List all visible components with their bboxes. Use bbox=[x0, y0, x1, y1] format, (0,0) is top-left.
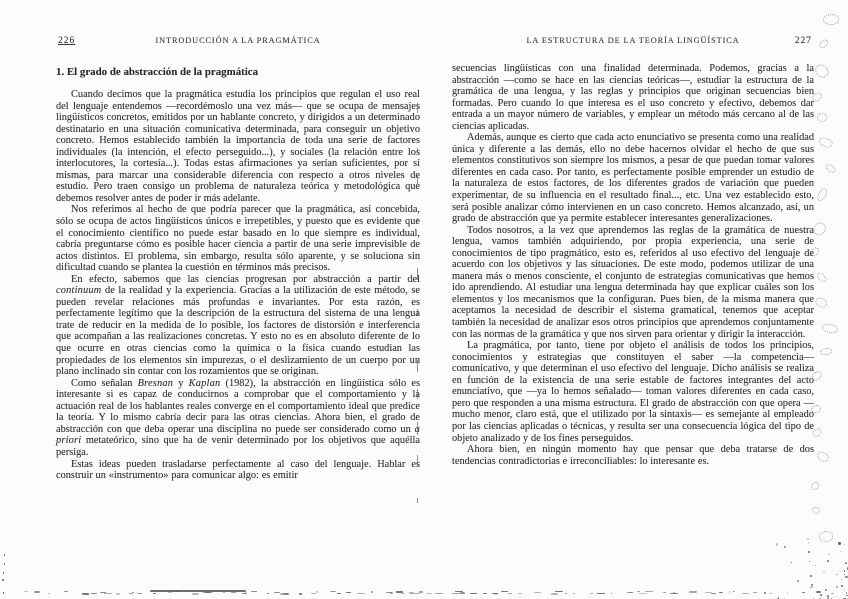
scan-artifact bbox=[267, 593, 269, 595]
scan-artifact bbox=[4, 563, 6, 565]
scan-artifact bbox=[844, 544, 845, 545]
scan-artifact bbox=[818, 136, 834, 150]
scan-artifact bbox=[719, 592, 723, 593]
scan-artifact bbox=[809, 370, 823, 382]
scan-artifact bbox=[784, 546, 786, 548]
scan-artifact bbox=[299, 593, 301, 595]
scan-artifact bbox=[417, 389, 418, 399]
scan-artifact bbox=[846, 592, 847, 593]
scan-artifact bbox=[836, 596, 837, 597]
scan-artifact bbox=[844, 590, 845, 591]
scan-artifact bbox=[24, 591, 28, 592]
scan-artifact bbox=[816, 112, 828, 124]
scan-artifact bbox=[637, 591, 640, 592]
paragraph: En efecto, sabemos que las ciencias prog… bbox=[56, 274, 420, 378]
scan-artifact bbox=[844, 574, 845, 575]
scan-artifact bbox=[825, 589, 827, 591]
scan-artifact bbox=[192, 593, 200, 595]
scan-artifact bbox=[534, 592, 541, 593]
scan-artifact bbox=[508, 593, 513, 594]
scan-artifact bbox=[91, 593, 97, 594]
book-fore-edge-smudges bbox=[806, 4, 846, 564]
scan-artifact bbox=[673, 592, 676, 593]
scan-artifact bbox=[426, 593, 432, 594]
scan-artifact bbox=[827, 560, 829, 562]
scan-artifact bbox=[34, 591, 40, 593]
scan-artifact bbox=[811, 505, 822, 515]
scan-artifact bbox=[590, 593, 594, 594]
scanned-book-spread: { "book": { "left_page": { "page_number"… bbox=[0, 0, 848, 599]
scan-artifact bbox=[611, 593, 613, 594]
right-body-text: secuencias lingüísticas con una finalida… bbox=[452, 63, 814, 467]
paragraph: La pragmática, por tanto, tiene por obje… bbox=[452, 340, 814, 444]
scan-artifact bbox=[104, 593, 111, 594]
scan-artifact bbox=[753, 592, 757, 593]
scan-artifact bbox=[815, 187, 829, 203]
scan-artifact bbox=[565, 593, 568, 595]
scan-artifact bbox=[820, 594, 822, 596]
scan-artifact bbox=[251, 591, 257, 592]
scan-artifact bbox=[823, 571, 824, 572]
scan-artifact bbox=[845, 562, 847, 564]
section-heading: 1. El grado de abstracción de la pragmát… bbox=[56, 66, 420, 78]
scan-artifact bbox=[417, 175, 418, 184]
scan-artifact bbox=[811, 405, 821, 413]
scan-artifact bbox=[417, 218, 418, 221]
scan-artifact bbox=[390, 592, 393, 594]
scan-artifact bbox=[645, 591, 653, 592]
left-body-text: Cuando decimos que la pragmática estudia… bbox=[56, 89, 420, 482]
scan-artifact bbox=[816, 271, 828, 284]
scan-artifact bbox=[116, 593, 120, 595]
scan-artifact bbox=[809, 245, 820, 256]
scan-artifact bbox=[401, 593, 406, 594]
scan-artifact bbox=[470, 593, 477, 595]
scan-artifact bbox=[206, 592, 211, 593]
paragraph: secuencias lingüísticas con una finalida… bbox=[452, 63, 814, 132]
scan-artifact bbox=[501, 591, 509, 592]
scan-artifact bbox=[811, 221, 828, 237]
scan-artifact bbox=[841, 585, 843, 587]
paragraph: Como señalan Bresnan y Kaplan (1982), la… bbox=[56, 378, 420, 459]
scan-artifact bbox=[153, 593, 157, 594]
scan-artifact bbox=[132, 592, 133, 593]
scan-artifact bbox=[791, 562, 792, 563]
scan-artifact bbox=[2, 579, 4, 581]
scan-artifact bbox=[817, 38, 829, 51]
scan-artifact bbox=[831, 562, 832, 563]
scan-artifact bbox=[639, 593, 647, 595]
scan-artifact bbox=[168, 592, 171, 593]
scan-artifact bbox=[821, 322, 839, 335]
scan-artifact bbox=[811, 427, 822, 439]
scan-artifact bbox=[348, 592, 350, 593]
scan-artifact bbox=[836, 574, 838, 576]
scan-artifact bbox=[729, 591, 730, 593]
scan-artifact bbox=[841, 579, 842, 580]
scan-artifact bbox=[409, 592, 414, 594]
scan-artifact bbox=[3, 572, 5, 574]
scan-artifact bbox=[573, 593, 575, 594]
scan-artifact bbox=[417, 455, 418, 466]
right-running-title: LA ESTRUCTURA DE LA TEORÍA LINGÜÍSTICA bbox=[452, 36, 814, 45]
scan-artifact bbox=[846, 595, 847, 596]
scan-artifact bbox=[845, 576, 847, 578]
scan-artifact bbox=[417, 422, 418, 435]
scan-artifact bbox=[555, 591, 562, 593]
scan-artifact bbox=[815, 449, 830, 463]
scan-artifact bbox=[811, 586, 813, 588]
scan-artifact bbox=[810, 575, 812, 577]
scan-artifact bbox=[417, 309, 418, 316]
scan-artifact bbox=[808, 551, 810, 553]
scan-artifact bbox=[48, 593, 50, 594]
left-running-head: 226 INTRODUCCIÓN A LA PRAGMÁTICA bbox=[56, 36, 420, 49]
left-page-number: 226 bbox=[58, 36, 75, 46]
scan-artifact bbox=[776, 543, 778, 545]
paragraph: Además, aunque es cierto que cada acto e… bbox=[452, 132, 814, 224]
scan-artifact bbox=[371, 591, 373, 593]
right-running-head: LA ESTRUCTURA DE LA TEORÍA LINGÜÍSTICA 2… bbox=[452, 36, 814, 49]
scan-artifact bbox=[838, 542, 840, 544]
scan-artifact bbox=[419, 591, 424, 593]
scan-artifact bbox=[4, 554, 6, 556]
scan-artifact bbox=[842, 551, 843, 552]
scan-artifact bbox=[129, 593, 132, 594]
scan-artifact bbox=[597, 593, 605, 594]
right-page: LA ESTRUCTURA DE LA TEORÍA LINGÜÍSTICA 2… bbox=[452, 36, 814, 467]
scan-artifact bbox=[711, 593, 716, 594]
scan-artifact bbox=[417, 498, 418, 503]
left-running-title: INTRODUCCIÓN A LA PRAGMÁTICA bbox=[56, 36, 420, 45]
scan-artifact bbox=[223, 592, 225, 594]
scan-artifact bbox=[811, 482, 820, 490]
scan-artifact bbox=[483, 593, 487, 594]
scan-artifact bbox=[417, 148, 418, 152]
scan-artifact bbox=[137, 593, 142, 595]
scan-artifact bbox=[460, 592, 465, 594]
scan-artifact bbox=[417, 360, 418, 373]
scan-artifact bbox=[824, 162, 837, 175]
scan-artifact bbox=[820, 348, 832, 355]
scan-artifact bbox=[337, 593, 341, 594]
page-gutter-fold-line bbox=[414, 95, 422, 525]
paragraph: Estas ideas pueden trasladarse perfectam… bbox=[56, 459, 420, 482]
scan-artifact bbox=[283, 593, 289, 595]
scan-artifact bbox=[663, 592, 666, 593]
scan-artifact bbox=[811, 91, 824, 104]
scan-artifact bbox=[316, 591, 318, 593]
scan-artifact bbox=[733, 591, 736, 592]
scan-artifact bbox=[822, 13, 839, 26]
scan-artifact bbox=[417, 268, 418, 279]
left-page: 226 INTRODUCCIÓN A LA PRAGMÁTICA 1. El g… bbox=[56, 36, 420, 482]
scan-artifact bbox=[311, 593, 316, 594]
scan-noise-left-edge bbox=[2, 552, 8, 598]
scan-artifact bbox=[828, 554, 830, 556]
scan-artifact bbox=[836, 586, 838, 588]
scan-artifact bbox=[809, 561, 810, 562]
paragraph: Ahora bien, en ningún momento hay que pe… bbox=[452, 444, 814, 467]
scan-artifact bbox=[689, 591, 697, 593]
scan-artifact bbox=[764, 592, 766, 594]
scan-artifact bbox=[330, 591, 336, 592]
scan-artifact bbox=[807, 538, 809, 540]
paragraph: Nos referimos al hecho de que podría par… bbox=[56, 204, 420, 273]
scan-artifact bbox=[357, 593, 364, 594]
scan-artifact bbox=[813, 62, 830, 80]
scan-noise-bottom-band bbox=[24, 589, 844, 596]
paragraph: Cuando decimos que la pragmática estudia… bbox=[56, 89, 420, 204]
scan-artifact bbox=[231, 592, 236, 593]
scan-artifact bbox=[808, 542, 809, 543]
scan-artifact bbox=[3, 592, 5, 594]
scan-artifact bbox=[150, 590, 246, 592]
scan-artifact bbox=[797, 580, 799, 582]
scan-artifact bbox=[452, 593, 460, 594]
scan-artifact bbox=[414, 593, 420, 594]
scan-artifact bbox=[551, 593, 559, 595]
scan-artifact bbox=[670, 593, 677, 594]
scan-artifact bbox=[742, 593, 749, 594]
scan-artifact bbox=[82, 593, 89, 595]
scan-artifact bbox=[435, 593, 443, 594]
scan-artifact bbox=[519, 593, 522, 594]
scan-artifact bbox=[417, 103, 418, 113]
scan-artifact bbox=[274, 592, 280, 593]
scan-artifact bbox=[814, 296, 829, 310]
paragraph: Todos nosotros, a la vez que aprendemos … bbox=[452, 225, 814, 340]
scan-noise-corner-speckles bbox=[770, 530, 848, 599]
scan-artifact bbox=[627, 592, 633, 593]
scan-artifact bbox=[844, 570, 845, 571]
scan-artifact bbox=[64, 591, 68, 592]
scan-artifact bbox=[815, 565, 816, 566]
